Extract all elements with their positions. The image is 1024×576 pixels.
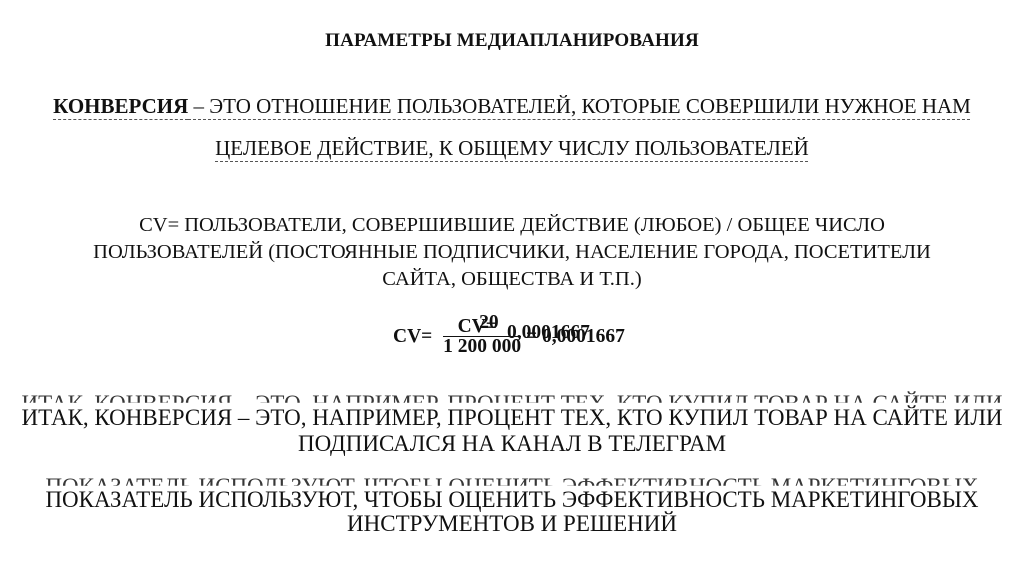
example-line-1: ИТАК, КОНВЕРСИЯ – ЭТО, НАПРИМЕР, ПРОЦЕНТ… [0, 405, 1024, 431]
definition-term: КОНВЕРСИЯ [53, 94, 188, 118]
conversion-formula: CV= CV= 1 200 000 20 = 0,0001667 0,00016… [393, 318, 625, 357]
cv-description-line-1: CV= ПОЛЬЗОВАТЕЛИ, СОВЕРШИВШИЕ ДЕЙСТВИЕ (… [0, 214, 1024, 237]
formula-numerator-value: 20 [479, 312, 499, 334]
example-line-2: ПОДПИСАЛСЯ НА КАНАЛ В ТЕЛЕГРАМ [0, 431, 1024, 457]
usage-line-2: ИНСТРУМЕНТОВ И РЕШЕНИЙ [0, 511, 1024, 537]
definition-line-2: ЦЕЛЕВОЕ ДЕЙСТВИЕ, К ОБЩЕМУ ЧИСЛУ ПОЛЬЗОВ… [0, 136, 1024, 161]
definition-text: – ЭТО ОТНОШЕНИЕ ПОЛЬЗОВАТЕЛЕЙ, КОТОРЫЕ С… [188, 94, 971, 118]
formula-result-overlay: 0,0001667 [507, 322, 590, 344]
formula-lhs: CV= [393, 326, 432, 347]
definition-line-1: КОНВЕРСИЯ – ЭТО ОТНОШЕНИЕ ПОЛЬЗОВАТЕЛЕЙ,… [0, 94, 1024, 119]
cv-description-line-3: САЙТА, ОБЩЕСТВА И Т.П.) [0, 268, 1024, 291]
definition-text-2: ЦЕЛЕВОЕ ДЕЙСТВИЕ, К ОБЩЕМУ ЧИСЛУ ПОЛЬЗОВ… [215, 136, 809, 160]
slide-title: ПАРАМЕТРЫ МЕДИАПЛАНИРОВАНИЯ [0, 30, 1024, 52]
usage-line-1: ПОКАЗАТЕЛЬ ИСПОЛЬЗУЮТ, ЧТОБЫ ОЦЕНИТЬ ЭФФ… [0, 487, 1024, 513]
cv-description-line-2: ПОЛЬЗОВАТЕЛЕЙ (ПОСТОЯННЫЕ ПОДПИСЧИКИ, НА… [0, 241, 1024, 264]
